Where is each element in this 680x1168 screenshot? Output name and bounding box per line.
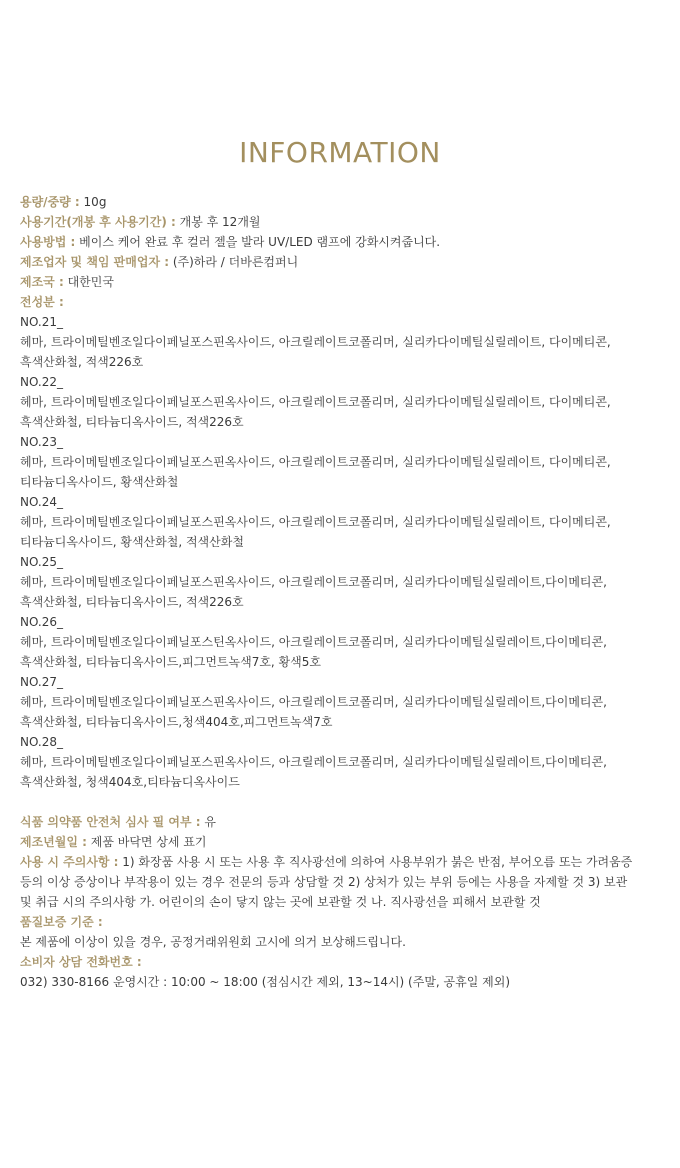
ingredient-line: 흑색산화철, 티타늄디옥사이드,청색404호,피그먼트녹색7호 <box>20 712 670 732</box>
product-information: 용량/중량 : 10g 사용기간(개봉 후 사용기간) : 개봉 후 12개월 … <box>20 192 670 992</box>
ingredient-block-21: NO.21_ 헤마, 트라이메틸벤조일다이페닐포스핀옥사이드, 아크릴레이트코폴… <box>20 312 670 372</box>
info-period: 사용기간(개봉 후 사용기간) : 개봉 후 12개월 <box>20 212 670 232</box>
period-value: 개봉 후 12개월 <box>176 215 261 229</box>
ingredient-number: NO.27_ <box>20 672 670 692</box>
info-contact-heading: 소비자 상담 전화번호 : <box>20 952 670 972</box>
contact-value: 032) 330-8166 운영시간 : 10:00 ~ 18:00 (점심시간… <box>20 972 670 992</box>
period-label: 사용기간(개봉 후 사용기간) : <box>20 215 176 229</box>
usage-label: 사용방법 : <box>20 235 75 249</box>
ingredient-number: NO.26_ <box>20 612 670 632</box>
usage-value: 베이스 케어 완료 후 컬러 젤을 발라 UV/LED 램프에 강화시켜줍니다. <box>75 235 440 249</box>
quality-value: 본 제품에 이상이 있을 경우, 공정거래위원회 고시에 의거 보상해드립니다. <box>20 932 670 952</box>
volume-value: 10g <box>80 195 107 209</box>
ingredient-line: 흑색산화철, 청색404호,티타늄디옥사이드 <box>20 772 670 792</box>
manufacture-date-value: 제품 바닥면 상세 표기 <box>87 835 207 849</box>
ingredient-line: 흑색산화철, 적색226호 <box>20 352 670 372</box>
ingredient-number: NO.28_ <box>20 732 670 752</box>
manufacture-date-label: 제조년월일 : <box>20 835 87 849</box>
caution-line: 등의 이상 증상이나 부작용이 있는 경우 전문의 등과 상담할 것 2) 상처… <box>20 872 670 892</box>
mfds-label: 식품 의약품 안전처 심사 필 여부 : <box>20 815 201 829</box>
ingredient-block-26: NO.26_ 헤마, 트라이메틸벤조일다이페닐포스틴옥사이드, 아크릴레이트코폴… <box>20 612 670 672</box>
info-usage: 사용방법 : 베이스 케어 완료 후 컬러 젤을 발라 UV/LED 램프에 강… <box>20 232 670 252</box>
caution-line: 및 취급 시의 주의사항 가. 어린이의 손이 닿지 않는 곳에 보관할 것 나… <box>20 892 670 912</box>
country-value: 대한민국 <box>64 275 114 289</box>
ingredient-block-24: NO.24_ 헤마, 트라이메틸벤조일다이페닐포스핀옥사이드, 아크릴레이트코폴… <box>20 492 670 552</box>
info-manufacture-date: 제조년월일 : 제품 바닥면 상세 표기 <box>20 832 670 852</box>
ingredient-line: 흑색산화철, 티타늄디옥사이드,피그먼트녹색7호, 황색5호 <box>20 652 670 672</box>
ingredient-line: 헤마, 트라이메틸벤조일다이페닐포스핀옥사이드, 아크릴레이트코폴리머, 실리카… <box>20 512 670 532</box>
info-quality-heading: 품질보증 기준 : <box>20 912 670 932</box>
ingredient-line: 흑색산화철, 티타늄디옥사이드, 적색226호 <box>20 412 670 432</box>
ingredients-label: 전성분 : <box>20 295 64 309</box>
info-mfds: 식품 의약품 안전처 심사 필 여부 : 유 <box>20 812 670 832</box>
caution-value: 1) 화장품 사용 시 또는 사용 후 직사광선에 의하여 사용부위가 붉은 반… <box>118 855 632 869</box>
ingredient-line: 헤마, 트라이메틸벤조일다이페닐포스핀옥사이드, 아크릴레이트코폴리머, 실리카… <box>20 752 670 772</box>
info-volume: 용량/중량 : 10g <box>20 192 670 212</box>
ingredient-line: 흑색산화철, 티타늄디옥사이드, 적색226호 <box>20 592 670 612</box>
manufacturer-value: (주)하라 / 더바른컴퍼니 <box>169 255 298 269</box>
ingredient-block-23: NO.23_ 헤마, 트라이메틸벤조일다이페닐포스핀옥사이드, 아크릴레이트코폴… <box>20 432 670 492</box>
info-caution: 사용 시 주의사항 : 1) 화장품 사용 시 또는 사용 후 직사광선에 의하… <box>20 852 670 872</box>
ingredient-block-28: NO.28_ 헤마, 트라이메틸벤조일다이페닐포스핀옥사이드, 아크릴레이트코폴… <box>20 732 670 792</box>
ingredient-line: 티타늄디옥사이드, 황색산화철 <box>20 472 670 492</box>
manufacturer-label: 제조업자 및 책임 판매업자 : <box>20 255 169 269</box>
ingredient-line: 티타늄디옥사이드, 황색산화철, 적색산화철 <box>20 532 670 552</box>
ingredient-line: 헤마, 트라이메틸벤조일다이페닐포스핀옥사이드, 아크릴레이트코폴리머, 실리카… <box>20 392 670 412</box>
ingredient-line: 헤마, 트라이메틸벤조일다이페닐포스핀옥사이드, 아크릴레이트코폴리머, 실리카… <box>20 452 670 472</box>
ingredient-number: NO.21_ <box>20 312 670 332</box>
info-ingredients-heading: 전성분 : <box>20 292 670 312</box>
page-title: INFORMATION <box>0 133 680 173</box>
ingredient-block-25: NO.25_ 헤마, 트라이메틸벤조일다이페닐포스핀옥사이드, 아크릴레이트코폴… <box>20 552 670 612</box>
ingredient-block-22: NO.22_ 헤마, 트라이메틸벤조일다이페닐포스핀옥사이드, 아크릴레이트코폴… <box>20 372 670 432</box>
info-country: 제조국 : 대한민국 <box>20 272 670 292</box>
info-manufacturer: 제조업자 및 책임 판매업자 : (주)하라 / 더바른컴퍼니 <box>20 252 670 272</box>
ingredient-line: 헤마, 트라이메틸벤조일다이페닐포스핀옥사이드, 아크릴레이트코폴리머, 실리카… <box>20 692 670 712</box>
contact-label: 소비자 상담 전화번호 : <box>20 955 142 969</box>
ingredient-number: NO.25_ <box>20 552 670 572</box>
ingredient-line: 헤마, 트라이메틸벤조일다이페닐포스핀옥사이드, 아크릴레이트코폴리머, 실리카… <box>20 332 670 352</box>
country-label: 제조국 : <box>20 275 64 289</box>
ingredient-line: 헤마, 트라이메틸벤조일다이페닐포스틴옥사이드, 아크릴레이트코폴리머, 실리카… <box>20 632 670 652</box>
caution-label: 사용 시 주의사항 : <box>20 855 118 869</box>
section-spacer <box>20 792 670 812</box>
quality-label: 품질보증 기준 : <box>20 915 103 929</box>
volume-label: 용량/중량 : <box>20 195 80 209</box>
ingredient-number: NO.22_ <box>20 372 670 392</box>
ingredient-number: NO.23_ <box>20 432 670 452</box>
ingredient-line: 헤마, 트라이메틸벤조일다이페닐포스핀옥사이드, 아크릴레이트코폴리머, 실리카… <box>20 572 670 592</box>
mfds-value: 유 <box>201 815 216 829</box>
ingredient-number: NO.24_ <box>20 492 670 512</box>
ingredient-block-27: NO.27_ 헤마, 트라이메틸벤조일다이페닐포스핀옥사이드, 아크릴레이트코폴… <box>20 672 670 732</box>
